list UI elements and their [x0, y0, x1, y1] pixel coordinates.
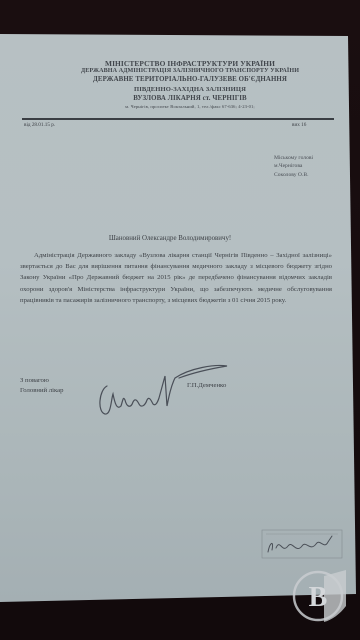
closing-regards: З повагою	[20, 376, 63, 386]
signer-name: Г.П.Демченко	[187, 382, 226, 389]
addressee-city: м.Чернігова	[274, 162, 313, 170]
letter-date: від 28.01.15 р.	[24, 122, 55, 128]
letterhead-railway: ПІВДЕННО-ЗАХІДНА ЗАЛІЗНИЦЯ	[40, 86, 340, 93]
letterhead-ministry: МІНІСТЕРСТВО ІНФРАСТРУКТУРИ УКРАЇНИ	[40, 59, 340, 68]
letter-body: Адміністрація Державного закладу «Вузлов…	[20, 250, 332, 306]
publisher-logo-icon: В	[290, 566, 350, 626]
letterhead-hospital: ВУЗЛОВА ЛІКАРНЯ ст. ЧЕРНІГІВ	[40, 95, 340, 102]
letterhead-address: м. Чернігів, проспект Вокзальний, 1, тел…	[40, 104, 340, 109]
logo-letter: В	[309, 582, 328, 613]
handwritten-signature-icon	[95, 360, 235, 420]
closing-block: З повагою Головний лікар	[20, 376, 63, 395]
letterhead-association: ДЕРЖАВНЕ ТЕРИТОРІАЛЬНО-ГАЛУЗЕВЕ ОБ'ЄДНАН…	[40, 76, 340, 83]
body-paragraph: Адміністрація Державного закладу «Вузлов…	[20, 250, 332, 306]
photo-stage: МІНІСТЕРСТВО ІНФРАСТРУКТУРИ УКРАЇНИ ДЕРЖ…	[0, 0, 360, 640]
letterhead-divider	[22, 118, 334, 120]
letterhead-administration: ДЕРЖАВНА АДМІНІСТРАЦІЯ ЗАЛІЗНИЧНОГО ТРАН…	[40, 68, 340, 74]
letter-number: вих 16	[292, 122, 306, 128]
salutation: Шановний Олександре Володимировичу!	[20, 235, 320, 242]
addressee-name: Соколову О.В.	[274, 171, 313, 179]
addressee-title: Міському голові	[274, 154, 313, 162]
registration-stamp-icon	[258, 528, 350, 562]
letter-paper: МІНІСТЕРСТВО ІНФРАСТРУКТУРИ УКРАЇНИ ДЕРЖ…	[0, 34, 356, 602]
closing-position: Головний лікар	[20, 386, 63, 396]
addressee-block: Міському голові м.Чернігова Соколову О.В…	[274, 154, 313, 179]
